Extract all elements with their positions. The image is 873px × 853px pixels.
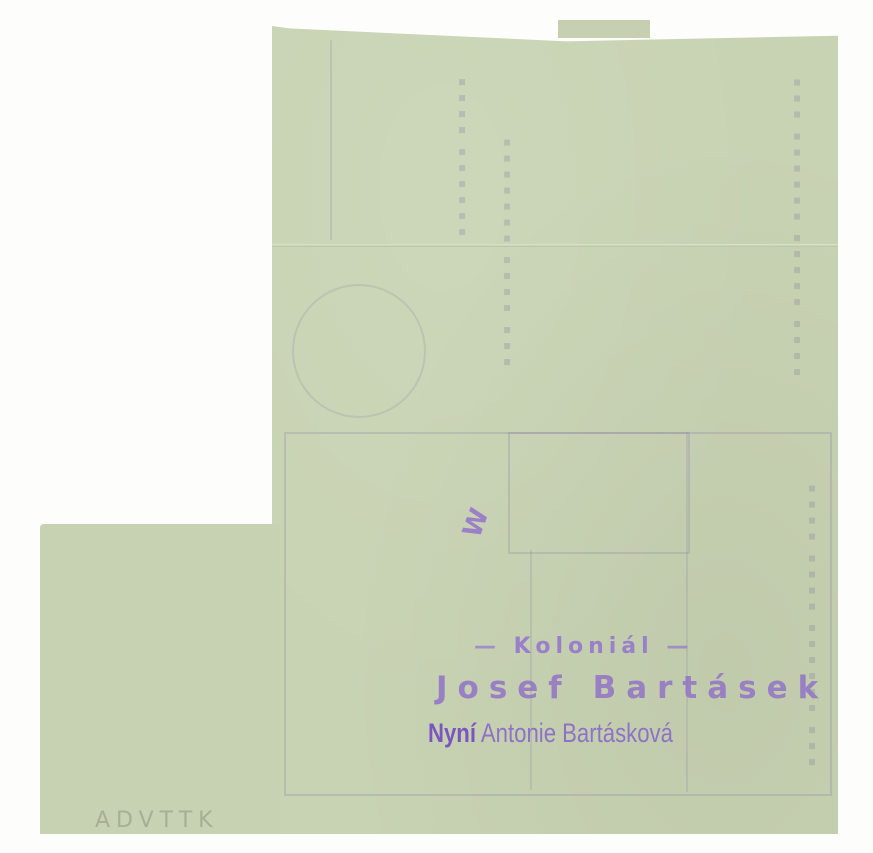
stamp-current-owner-name: Antonie Bartásková (481, 718, 673, 748)
stamp-current-owner: Nyní Antonie Bartásková (428, 718, 673, 749)
show-through-text: ▪▪▪▪▪▪ ▪▪▪▪ (455, 60, 469, 240)
stamp-shop-type-text: Koloniál (514, 634, 654, 659)
show-through-box (508, 432, 690, 554)
paper-flap (40, 524, 280, 834)
show-through-text: ▪▪▪ ▪▪▪▪▪▪ ▪▪▪▪ ▪▪▪▪ (805, 470, 819, 770)
stamp-owner-name: Josef Bartásek (436, 670, 828, 706)
pencil-note: ADVTTK (95, 808, 219, 833)
stamp-now-prefix: Nyní (428, 718, 476, 748)
show-through-text: ▪▪▪▪ ▪▪▪▪▪ ▪▪▪▪▪▪ ▪▪▪ (790, 60, 804, 380)
paper-tab (558, 20, 650, 38)
fold-crease (272, 244, 838, 247)
show-through-round-stamp (292, 284, 426, 418)
stamp-shop-type: — Koloniál — (474, 634, 693, 659)
show-through-text: ▪▪▪ ▪▪▪▪ ▪▪▪▪▪▪▪ (500, 90, 514, 370)
show-through-rule (330, 40, 332, 240)
